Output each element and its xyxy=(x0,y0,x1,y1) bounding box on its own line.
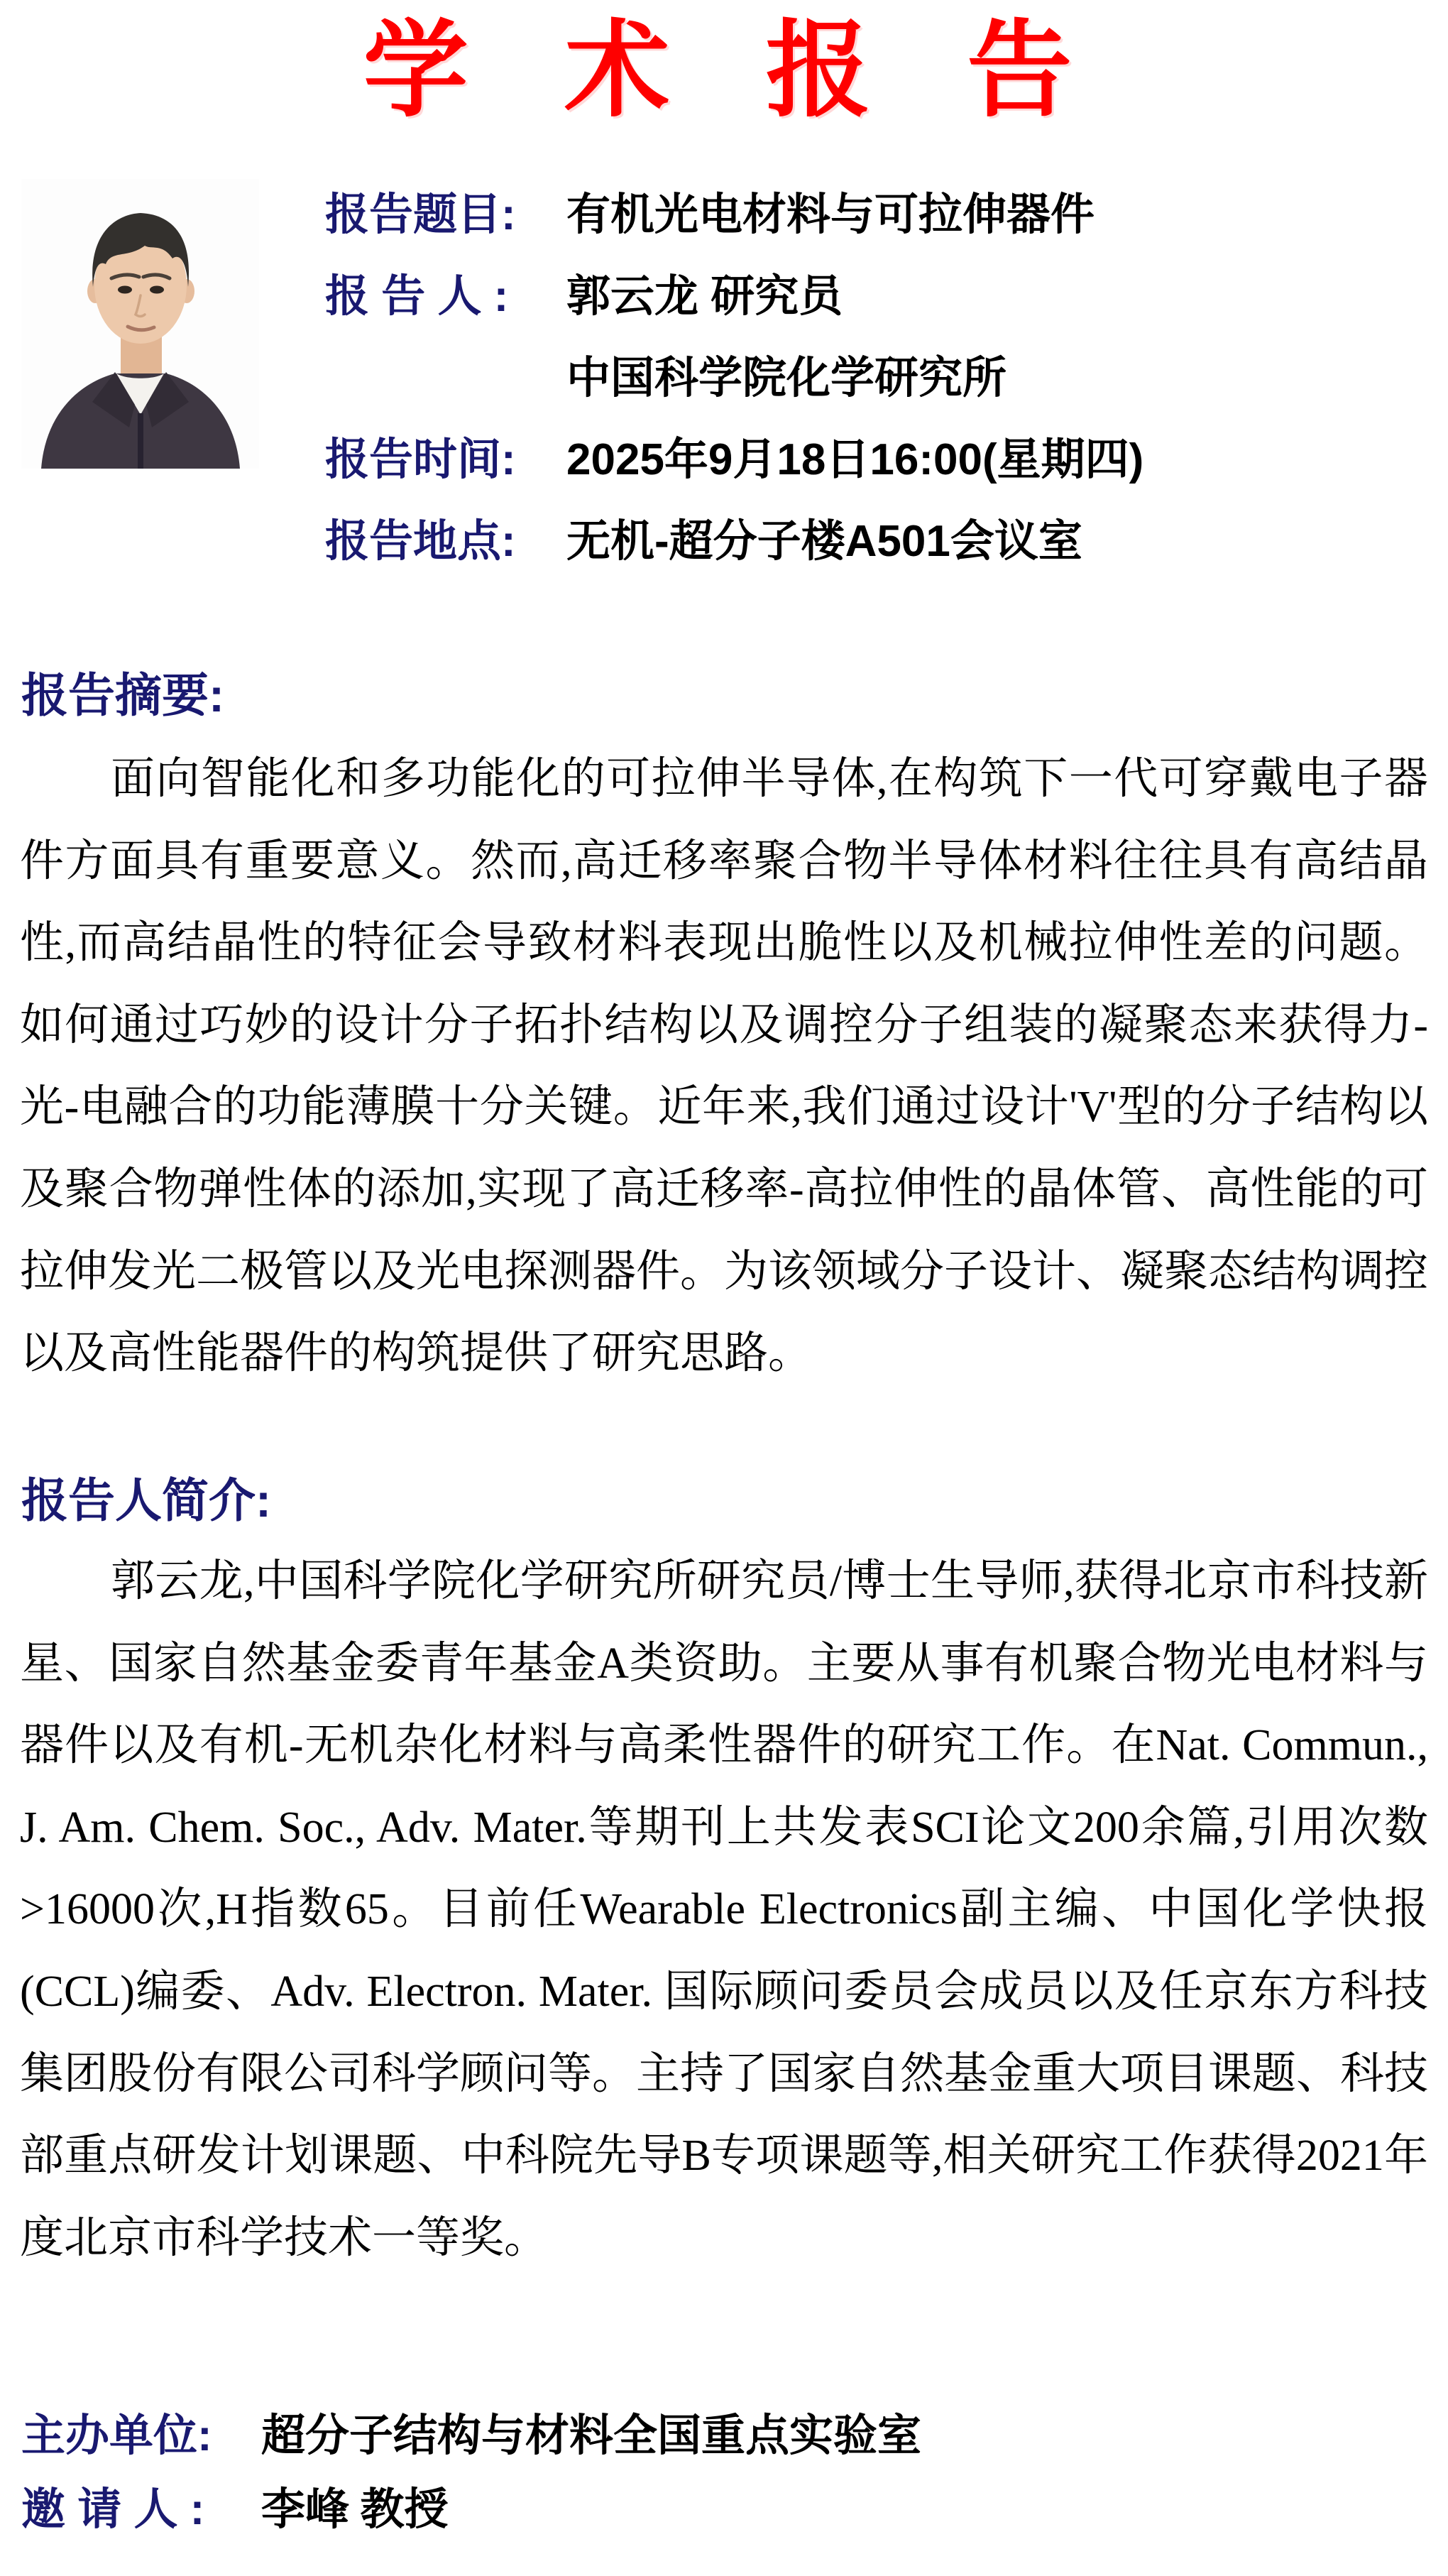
detail-row-location: 报告地点: 无机-超分子楼A501会议室 xyxy=(325,506,1432,587)
detail-value-topic: 有机光电材料与可拉伸器件 xyxy=(566,179,1095,242)
speaker-portrait-illustration xyxy=(21,179,259,469)
bio-heading: 报告人简介: xyxy=(21,1463,271,1530)
detail-value-affiliation: 中国科学院化学研究所 xyxy=(566,342,1007,405)
detail-row-speaker: 报 告 人 : 郭云龙 研究员 xyxy=(325,261,1432,342)
detail-value-time: 2025年9月18日16:00(星期四) xyxy=(566,424,1143,487)
page-title: 学 术 报 告 xyxy=(0,4,1448,135)
detail-label-speaker: 报 告 人 : xyxy=(325,261,566,324)
abstract-paragraph: 面向智能化和多功能化的可拉伸半导体,在构筑下一代可穿戴电子器件方面具有重要意义。… xyxy=(20,738,1428,1395)
detail-label-topic: 报告题目: xyxy=(325,179,566,242)
report-details: 报告题目: 有机光电材料与可拉伸器件 报 告 人 : 郭云龙 研究员 中国科学院… xyxy=(325,179,1432,587)
footer-value-inviter: 李峰 教授 xyxy=(261,2474,449,2537)
footer-value-organizer: 超分子结构与材料全国重点实验室 xyxy=(261,2400,921,2463)
footer-row-organizer: 主办单位: 超分子结构与材料全国重点实验室 xyxy=(21,2400,1427,2474)
speaker-photo xyxy=(21,179,259,469)
detail-row-time: 报告时间: 2025年9月18日16:00(星期四) xyxy=(325,424,1432,506)
detail-row-affiliation: 中国科学院化学研究所 xyxy=(325,342,1432,424)
detail-label-time: 报告时间: xyxy=(325,424,566,487)
footer-label-inviter: 邀 请 人 : xyxy=(21,2474,261,2537)
footer-row-inviter: 邀 请 人 : 李峰 教授 xyxy=(21,2474,1427,2548)
footer-label-organizer: 主办单位: xyxy=(21,2400,261,2463)
detail-row-topic: 报告题目: 有机光电材料与可拉伸器件 xyxy=(325,179,1432,261)
detail-value-speaker: 郭云龙 研究员 xyxy=(566,261,843,324)
abstract-heading: 报告摘要: xyxy=(21,657,224,725)
detail-label-location: 报告地点: xyxy=(325,506,566,569)
footer-block: 主办单位: 超分子结构与材料全国重点实验室 邀 请 人 : 李峰 教授 xyxy=(21,2400,1427,2548)
bio-paragraph: 郭云龙,中国科学院化学研究所研究员/博士生导师,获得北京市科技新星、国家自然基金… xyxy=(20,1541,1428,2279)
detail-value-location: 无机-超分子楼A501会议室 xyxy=(566,506,1082,569)
announcement-page: 学 术 报 告 报告题目: 有机光电材料与可拉伸器件 xyxy=(0,0,1448,2576)
